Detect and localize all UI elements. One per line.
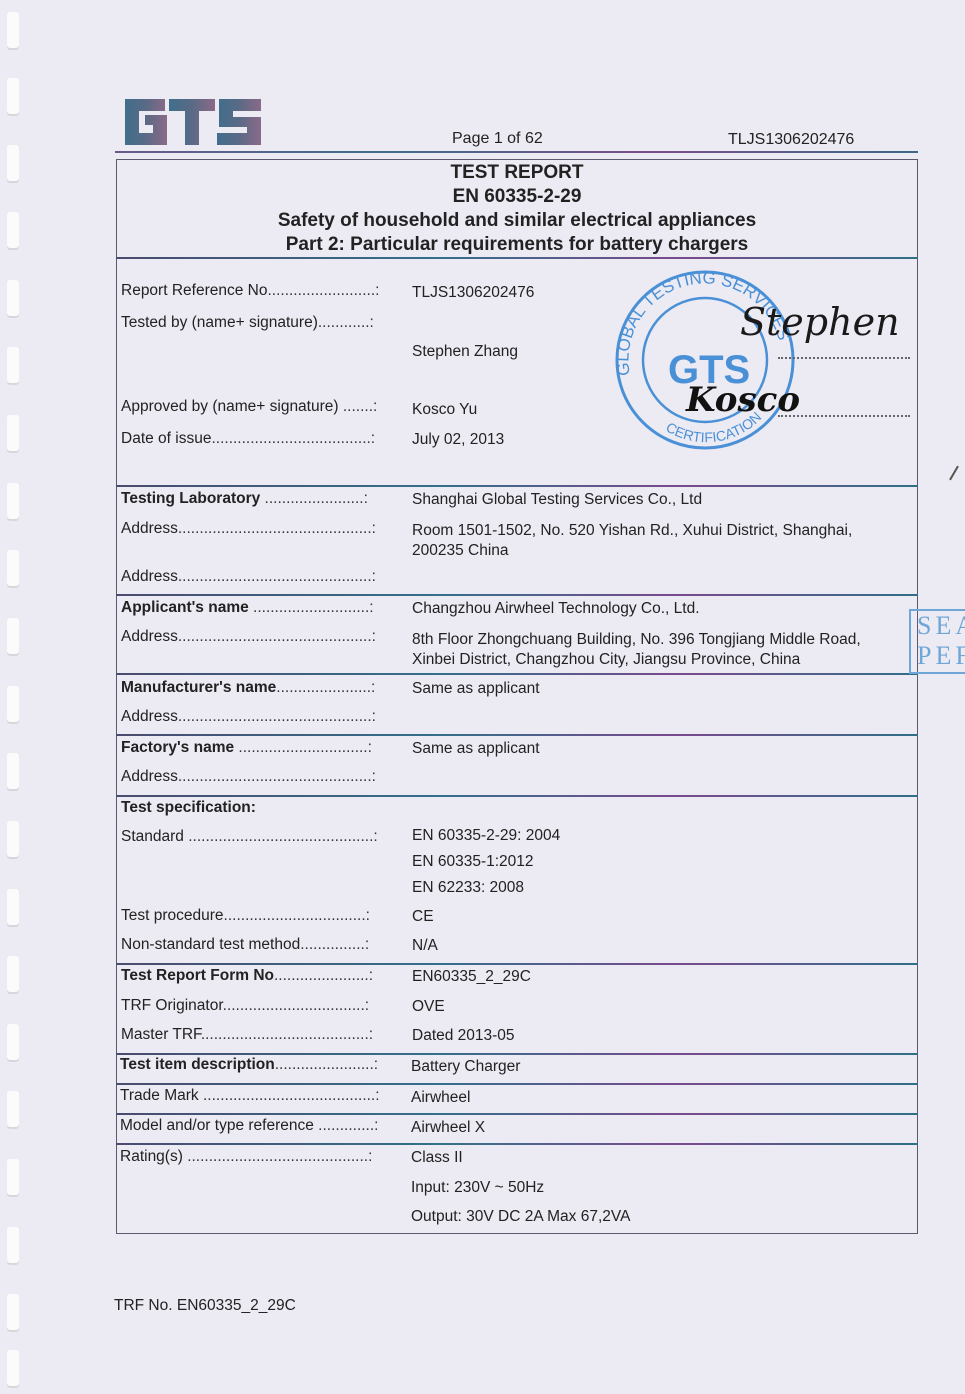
binder-hole (7, 145, 19, 183)
standard-label: Standard ...............................… (121, 828, 393, 846)
divider (116, 1083, 918, 1085)
binder-hole (7, 1024, 19, 1062)
divider (116, 485, 918, 487)
date-of-issue-value: July 02, 2013 (412, 430, 504, 450)
page-number: Page 1 of 62 (452, 130, 543, 148)
testing-lab-value: Shanghai Global Testing Services Co., Lt… (412, 490, 702, 510)
trade-mark-label: Trade Mark .............................… (120, 1087, 392, 1105)
applicant-name-value: Changzhou Airwheel Technology Co., Ltd. (412, 599, 700, 619)
nonstandard-method-label: Non-standard test method...............: (121, 936, 393, 954)
signature-line (778, 415, 910, 417)
pen-mark (949, 466, 959, 481)
trf-originator-value: OVE (412, 997, 445, 1017)
testing-lab-address: Room 1501-1502, No. 520 Yishan Rd., Xuhu… (412, 521, 852, 561)
binder-hole (7, 1091, 19, 1129)
test-item-description-value: Battery Charger (411, 1057, 520, 1077)
report-title: TEST REPORT EN 60335-2-29 Safety of hous… (116, 161, 918, 257)
model-reference-label: Model and/or type reference ............… (120, 1117, 392, 1135)
trade-mark-value: Airwheel (411, 1088, 470, 1108)
binder-hole (7, 618, 19, 656)
factory-address-label: Address.................................… (121, 768, 393, 786)
rating-class: Class II (411, 1148, 463, 1168)
gts-logo (125, 95, 265, 149)
binder-hole (7, 280, 19, 318)
binder-holes (7, 0, 21, 1394)
manufacturer-address-label: Address.................................… (121, 708, 393, 726)
tested-by-value: Stephen Zhang (412, 342, 518, 362)
binder-hole (7, 78, 19, 116)
signature-line (778, 357, 910, 359)
approver-signature: Kosco (686, 380, 800, 420)
seal-line: PEF (917, 641, 965, 671)
divider (116, 1053, 918, 1055)
applicant-address: 8th Floor Zhongchuang Building, No. 396 … (412, 630, 861, 670)
binder-hole (7, 1350, 19, 1388)
title-line-3: Safety of household and similar electric… (116, 209, 918, 233)
report-reference-value: TLJS1306202476 (412, 283, 534, 303)
certification-stamp: GLOBAL TESTING SERVICES CO.,LTD. CERTIFI… (610, 265, 795, 455)
divider (116, 594, 918, 596)
testing-lab-address-label: Address.................................… (121, 520, 393, 538)
test-procedure-value: CE (412, 907, 434, 927)
binder-hole (7, 1159, 19, 1197)
test-spec-heading: Test specification: (121, 799, 393, 817)
approved-by-value: Kosco Yu (412, 400, 477, 420)
factory-name-label: Factory's name .........................… (121, 739, 393, 757)
address-line: 8th Floor Zhongchuang Building, No. 396 … (412, 630, 861, 650)
standard-value-2: EN 60335-1:2012 (412, 852, 534, 872)
divider (116, 1143, 918, 1145)
master-trf-label: Master TRF..............................… (121, 1026, 393, 1044)
binder-hole (7, 821, 19, 859)
test-item-description-label: Test item description...................… (120, 1056, 392, 1074)
title-line-1: TEST REPORT (116, 161, 918, 185)
divider (116, 963, 918, 965)
tester-signature: Stephen (740, 300, 900, 344)
binder-hole (7, 1227, 19, 1265)
header-divider (115, 151, 918, 153)
seal-line: SEA (917, 611, 965, 641)
divider (116, 1113, 918, 1115)
binder-hole (7, 415, 19, 453)
applicant-name-label: Applicant's name .......................… (121, 599, 393, 617)
trf-form-value: EN60335_2_29C (412, 967, 531, 987)
binder-hole (7, 347, 19, 385)
divider (116, 673, 918, 675)
title-line-4: Part 2: Particular requirements for batt… (116, 233, 918, 257)
approved-by-label: Approved by (name+ signature) .......: (121, 398, 393, 416)
nonstandard-method-value: N/A (412, 936, 438, 956)
binder-hole (7, 753, 19, 791)
manufacturer-name-label: Manufacturer's name.....................… (121, 679, 393, 697)
master-trf-value: Dated 2013-05 (412, 1026, 515, 1046)
binder-hole (7, 12, 19, 50)
binder-hole (7, 483, 19, 521)
model-reference-value: Airwheel X (411, 1118, 485, 1138)
ratings-label: Rating(s) ..............................… (120, 1148, 392, 1166)
tested-by-label: Tested by (name+ signature)............: (121, 314, 393, 332)
rating-output: Output: 30V DC 2A Max 67,2VA (411, 1207, 630, 1227)
divider (116, 795, 918, 797)
test-procedure-label: Test procedure..........................… (121, 907, 393, 925)
title-line-2: EN 60335-2-29 (116, 185, 918, 209)
manufacturer-name-value: Same as applicant (412, 679, 540, 699)
trf-originator-label: TRF Originator..........................… (121, 997, 393, 1015)
binder-hole (7, 686, 19, 724)
trf-form-label: Test Report Form No.....................… (121, 967, 393, 985)
address-line: Room 1501-1502, No. 520 Yishan Rd., Xuhu… (412, 521, 852, 541)
rating-input: Input: 230V ~ 50Hz (411, 1178, 544, 1198)
divider (116, 257, 918, 259)
testing-lab-label: Testing Laboratory .....................… (121, 490, 393, 508)
date-of-issue-label: Date of issue...........................… (121, 430, 393, 448)
side-seal-stamp: SEA PEF (909, 609, 965, 674)
header-report-ref: TLJS1306202476 (728, 131, 854, 149)
binder-hole (7, 889, 19, 927)
address-line: 200235 China (412, 541, 852, 561)
factory-name-value: Same as applicant (412, 739, 540, 759)
standard-value-3: EN 62233: 2008 (412, 878, 524, 898)
binder-hole (7, 1294, 19, 1332)
binder-hole (7, 956, 19, 994)
divider (116, 734, 918, 736)
standard-value-1: EN 60335-2-29: 2004 (412, 826, 560, 846)
report-reference-label: Report Reference No.....................… (121, 282, 393, 300)
applicant-address-label: Address.................................… (121, 628, 393, 646)
footer-trf-no: TRF No. EN60335_2_29C (114, 1297, 296, 1315)
binder-hole (7, 212, 19, 250)
binder-hole (7, 550, 19, 588)
testing-lab-address2-label: Address.................................… (121, 568, 393, 586)
address-line: Xinbei District, Changzhou City, Jiangsu… (412, 650, 861, 670)
